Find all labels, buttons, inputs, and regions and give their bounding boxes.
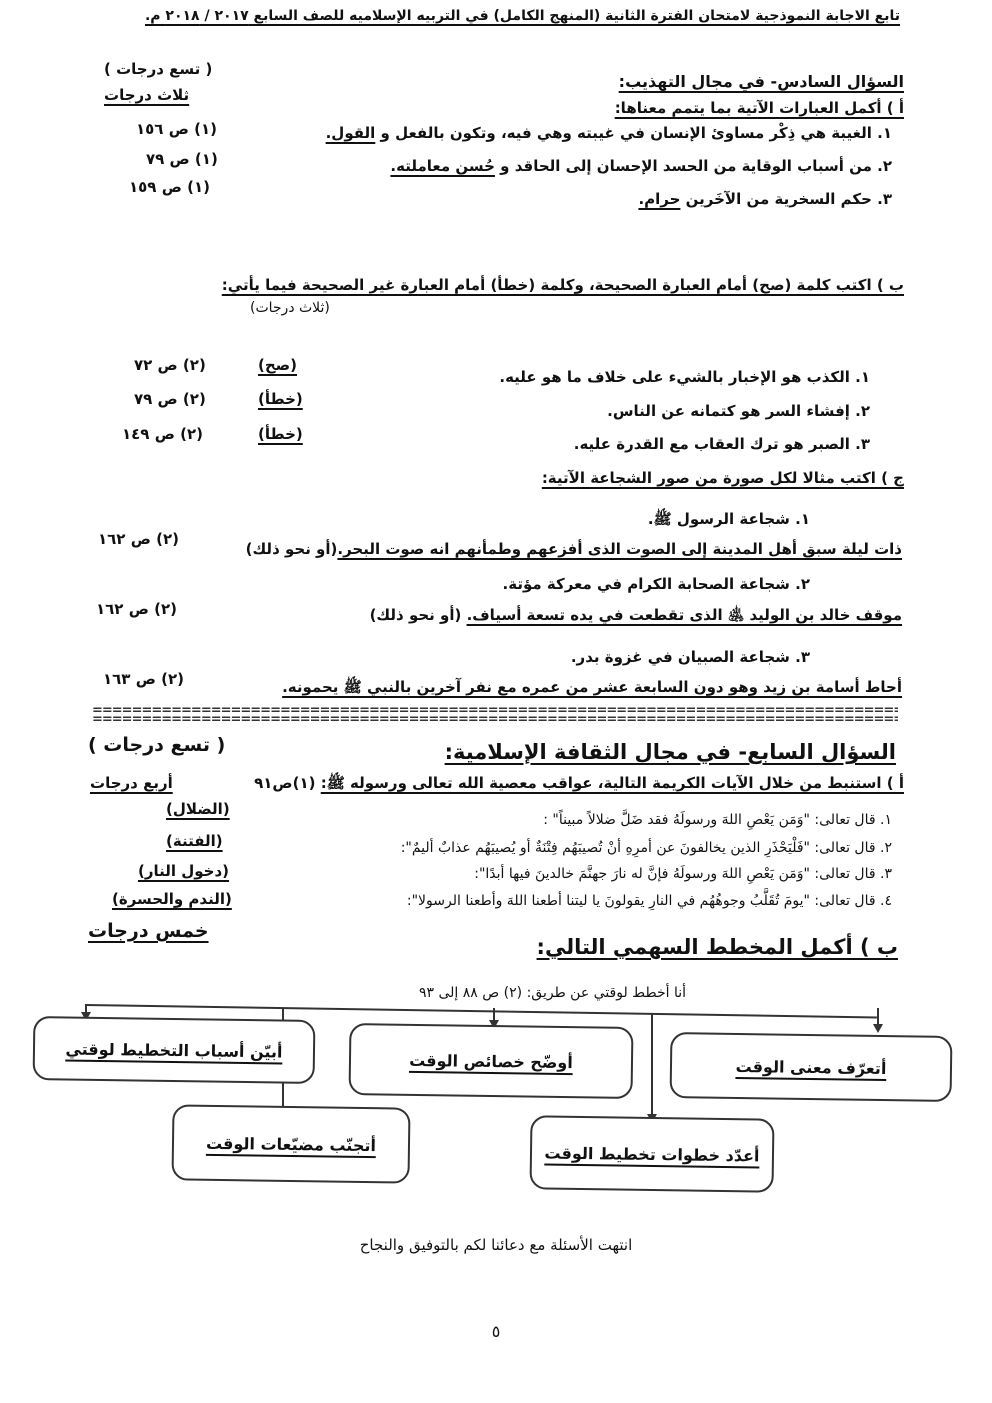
q6b-item-1: ١. الكذب هو الإخبار بالشيء على خلاف ما ه… [499,368,870,386]
flowchart-box-meaning-of-time: أتعرّف معنى الوقت [670,1032,953,1102]
item-answer: حُسن معاملته. [390,157,495,175]
q7a-item-2: ٢. قال تعالى: "فَلْيَحْذَرِ الذين يخالفو… [401,840,892,856]
flowchart-root-label: أنا أخطط لوقتي عن طريق: [527,985,686,1001]
q6b-item-3-ref: (٢) ص ١٤٩ [122,425,203,443]
q6b-item-2: ٢. إفشاء السر هو كتمانه عن الناس. [607,402,870,420]
item-text: قال تعالى: "يومَ تُقَلَّبُ وجوهُهُم في ا… [407,893,876,909]
item-number: ٣. [877,190,892,208]
item-number: ١. [880,812,892,828]
item-text: الصبر هو ترك العقاب مع القدرة عليه. [574,435,850,453]
arrow-down-icon [873,1024,883,1033]
q7-total-marks: ( تسع درجات ) [88,734,225,756]
item-number: ١. [795,510,810,528]
item-answer: موقف خالد بن الوليد ﵁ الذى تقطعت في يده … [467,606,902,624]
q6-title: السؤال السادس- في مجال التهذيب: [619,72,904,91]
item-number: ٤. [880,893,892,909]
item-text: من أسباب الوقاية من الحسد الإحسان إلى ال… [500,157,872,175]
item-text: الكذب هو الإخبار بالشيء على خلاف ما هو ع… [499,368,850,386]
q6b-item-3: ٣. الصبر هو ترك العقاب مع القدرة عليه. [574,435,870,453]
item-prompt: شجاعة الرسول ﷺ. [648,510,790,528]
q7-title: السؤال السابع- في مجال الثقافة الإسلامية… [445,740,896,764]
q7b-instruction: ب ) أكمل المخطط السهمي التالي: [537,935,898,959]
q7a-marks: أربع درجات [90,774,173,792]
item-note: (أو نحو ذلك) [370,606,462,624]
q6b-item-3-answer: (خطأ) [258,425,303,443]
flowchart-box-time-wasters: أتجنّب مضيّعات الوقت [171,1104,410,1183]
item-text: إفشاء السر هو كتمانه عن الناس. [607,402,850,420]
q7a-item-3: ٣. قال تعالى: "وَمَن يَعْصِ اللهَ ورسولَ… [474,866,892,882]
q6c-item-3-prompt: ٣. شجاعة الصبيان في غزوة بدر. [571,648,810,666]
q6a-instruction: أ ) أكمل العبارات الآتية بما يتمم معناها… [615,99,904,117]
q7a-instruction-line: أ ) استنبط من خلال الآيات الكريمة التالي… [254,774,904,796]
q6-total-marks: ( تسع درجات ) [104,60,212,78]
item-text: قال تعالى: "وَمَن يَعْصِ اللهَ ورسولَهُ … [543,812,875,828]
flowchart-box-time-characteristics: أوضّح خصائص الوقت [349,1023,634,1099]
item-text: قال تعالى: "فَلْيَحْذَرِ الذين يخالفونَ … [401,840,876,856]
q6b-item-1-ref: (٢) ص ٧٢ [134,356,206,374]
q7a-item-1: ١. قال تعالى: "وَمَن يَعْصِ اللهَ ورسولَ… [543,812,892,828]
q6c-item-1-ref: (٢) ص ١٦٢ [98,530,179,548]
item-number: ٢. [877,157,892,175]
q6c-item-3-ref: (٢) ص ١٦٣ [103,670,184,688]
item-number: ١. [855,368,870,386]
q6a-item-1: ١. الغيبة هي ذِكْر مساوئ الإنسان في غيبت… [326,124,892,142]
q6c-item-1-answer-line: ذات ليلة سبق أهل المدينة إلى الصوت الذى … [246,540,902,558]
q7a-item-1-answer: (الضلال) [166,800,230,818]
section-divider-1: ========================================… [92,707,898,714]
item-number: ٢. [855,402,870,420]
q6c-item-2-answer-line: موقف خالد بن الوليد ﵁ الذى تقطعت في يده … [370,606,902,628]
item-number: ٢. [880,840,892,856]
item-text: حكم السخرية من الآخَرين [686,190,872,208]
q6b-instruction: ب ) اكتب كلمة (صح) أمام العبارة الصحيحة،… [222,276,904,294]
q7a-instruction: أ ) استنبط من خلال الآيات الكريمة التالي… [321,774,904,792]
q7b-marks: خمس درجات [88,920,209,942]
q7a-item-3-answer: (دخول النار) [138,862,229,880]
item-answer: القول. [326,124,376,142]
q6b-marks: (ثلاث درجات) [250,300,330,316]
flowchart-ref: (٢) ص ٨٨ إلى ٩٣ [419,985,522,1001]
q7a-item-4: ٤. قال تعالى: "يومَ تُقَلَّبُ وجوهُهُم ف… [407,893,892,909]
q6b-item-2-answer: (خطأ) [258,390,303,408]
q6a-item-3-ref: (١) ص ١٥٩ [129,178,210,196]
item-answer: ذات ليلة سبق أهل المدينة إلى الصوت الذى … [337,540,902,558]
q7a-ref: (١)ص٩١ [254,774,315,792]
item-answer: حرام. [638,190,680,208]
page-header-title: تابع الاجابة النموذجية لامتحان الفترة ال… [145,8,900,24]
page-number: ٥ [0,1322,992,1341]
q6c-item-2-prompt: ٢. شجاعة الصحابة الكرام في معركة مؤتة. [503,575,810,593]
q6c-instruction: ج ) اكتب مثالا لكل صورة من صور الشجاعة ا… [542,469,904,487]
q6b-item-1-answer: (صح) [258,356,297,374]
item-text: قال تعالى: "وَمَن يَعْصِ اللهَ ورسولَهُ … [474,866,875,882]
item-number: ٣. [855,435,870,453]
closing-message: انتهت الأسئلة مع دعائنا لكم بالتوفيق وال… [0,1236,992,1254]
flowchart-box-planning-reasons: أبيّن أسباب التخطيط لوقتي [33,1016,316,1084]
section-divider-2: ========================================… [92,716,898,723]
q6b-item-2-ref: (٢) ص ٧٩ [134,390,206,408]
flowchart-root: أنا أخطط لوقتي عن طريق: (٢) ص ٨٨ إلى ٩٣ [419,985,686,1001]
q6a-item-3: ٣. حكم السخرية من الآخَرين حرام. [638,190,892,208]
q6a-item-2-ref: (١) ص ٧٩ [146,150,218,168]
q6a-marks: ثلاث درجات [104,86,189,104]
q7a-item-4-answer: (الندم والحسرة) [112,890,232,908]
item-prompt: شجاعة الصحابة الكرام في معركة مؤتة. [503,575,790,593]
item-number: ٢. [795,575,810,593]
q6c-item-3-answer: أحاط أسامة بن زيد وهو دون السابعة عشر من… [282,678,902,700]
q6a-item-1-ref: (١) ص ١٥٦ [136,120,217,138]
item-number: ١. [877,124,892,142]
flowchart-connector-horizontal [85,1004,877,1018]
item-text: الغيبة هي ذِكْر مساوئ الإنسان في غيبته و… [381,124,872,142]
item-prompt: شجاعة الصبيان في غزوة بدر. [571,648,790,666]
q6c-item-2-ref: (٢) ص ١٦٢ [96,600,177,618]
flowchart-box-planning-steps: أعدّد خطوات تخطيط الوقت [529,1115,774,1192]
item-number: ٣. [880,866,892,882]
flowchart-connector-mid-right [651,1014,653,1116]
q7a-item-2-answer: (الفتنة) [166,832,223,850]
q6c-item-1-prompt: ١. شجاعة الرسول ﷺ. [648,510,810,532]
q6a-item-2: ٢. من أسباب الوقاية من الحسد الإحسان إلى… [390,157,892,175]
item-note: (أو نحو ذلك) [246,540,338,558]
item-number: ٣. [795,648,810,666]
